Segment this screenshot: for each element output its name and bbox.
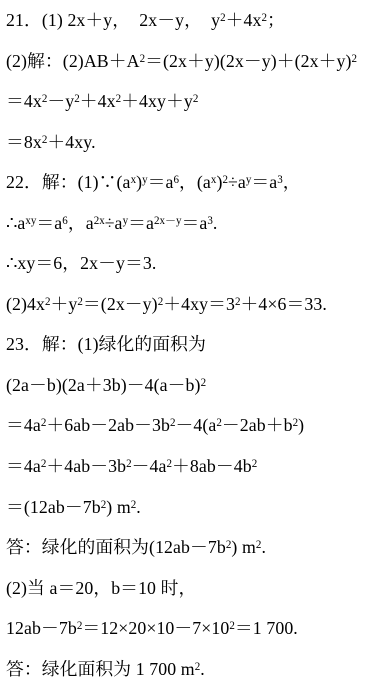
superscript: 2 bbox=[235, 296, 241, 308]
text-line: ＝4a2＋6ab－2ab－3b2－4(a2－2ab＋b2) bbox=[6, 405, 372, 446]
superscript: x bbox=[131, 174, 137, 186]
text-line: 12ab－7b2＝12×20×10－7×102＝1 700. bbox=[6, 608, 372, 649]
superscript: 2 bbox=[226, 539, 232, 551]
superscript: 2 bbox=[193, 93, 199, 105]
superscript: 2 bbox=[195, 661, 201, 673]
text-line: ∴axy＝a6，a2x÷ay＝a2x－y＝a3. bbox=[6, 203, 372, 244]
superscript: 2 bbox=[126, 458, 132, 470]
superscript: 6 bbox=[62, 215, 68, 227]
superscript: 3 bbox=[277, 174, 283, 186]
superscript: 2 bbox=[256, 539, 262, 551]
superscript: 2 bbox=[131, 499, 137, 511]
superscript: 2 bbox=[252, 458, 258, 470]
superscript: 2 bbox=[41, 418, 47, 430]
superscript: 2 bbox=[170, 418, 176, 430]
text-line: 21．(1) 2x＋y， 2x－y， y2＋4x2； bbox=[6, 0, 372, 41]
superscript: 2 bbox=[77, 620, 83, 632]
superscript: 2 bbox=[158, 296, 164, 308]
superscript: y bbox=[142, 174, 148, 186]
superscript: 2 bbox=[352, 53, 358, 65]
solution-text: 21．(1) 2x＋y， 2x－y， y2＋4x2；(2)解：(2)AB＋A2＝… bbox=[0, 0, 374, 689]
superscript: x bbox=[211, 174, 217, 186]
text-line: ＝4a2＋4ab－3b2－4a2＋8ab－4b2 bbox=[6, 446, 372, 487]
text-line: (2)解：(2)AB＋A2＝(2x＋y)(2x－y)＋(2x＋y)2 bbox=[6, 41, 372, 82]
superscript: 2x bbox=[94, 215, 105, 227]
superscript: 2 bbox=[42, 134, 48, 146]
text-line: ＝(12ab－7b2) m2. bbox=[6, 487, 372, 528]
superscript: 3 bbox=[207, 215, 213, 227]
superscript: 2 bbox=[45, 296, 51, 308]
superscript: 2 bbox=[167, 458, 173, 470]
superscript: y bbox=[123, 215, 129, 227]
superscript: 2 bbox=[77, 296, 83, 308]
superscript: 6 bbox=[174, 174, 180, 186]
text-line: ＝8x2＋4xy. bbox=[6, 122, 372, 163]
superscript: 2 bbox=[101, 499, 107, 511]
superscript: 2 bbox=[41, 458, 47, 470]
document-page: { "document": { "background_color": "#ff… bbox=[0, 0, 374, 690]
text-line: (2)4x2＋y2＝(2x－y)2＋4xy＝32＋4×6＝33. bbox=[6, 284, 372, 325]
text-line: 答：绿化面积为 1 700 m2. bbox=[6, 649, 372, 690]
superscript: xy bbox=[25, 215, 36, 227]
superscript: 2 bbox=[116, 93, 122, 105]
superscript: 2 bbox=[293, 418, 299, 430]
superscript: 2 bbox=[216, 418, 222, 430]
superscript: y bbox=[246, 174, 252, 186]
superscript: 2 bbox=[201, 377, 207, 389]
solution-lines: 21．(1) 2x＋y， 2x－y， y2＋4x2；(2)解：(2)AB＋A2＝… bbox=[6, 0, 372, 689]
superscript: 2 bbox=[220, 12, 226, 24]
superscript: 2 bbox=[261, 12, 267, 24]
text-line: (2a－b)(2a＋3b)－4(a－b)2 bbox=[6, 365, 372, 406]
superscript: 2 bbox=[140, 53, 146, 65]
superscript: 2 bbox=[74, 93, 80, 105]
superscript: 2 bbox=[222, 174, 228, 186]
superscript: 2 bbox=[42, 93, 48, 105]
text-line: 22．解：(1)∵(ax)y＝a6，(ax)2÷ay＝a3， bbox=[6, 162, 372, 203]
text-line: 答：绿化的面积为(12ab－7b2) m2. bbox=[6, 527, 372, 568]
text-line: ∴xy＝6，2x－y＝3. bbox=[6, 243, 372, 284]
superscript: 2x－y bbox=[154, 215, 182, 227]
text-line: 23．解：(1)绿化的面积为 bbox=[6, 324, 372, 365]
text-line: ＝4x2－y2＋4x2＋4xy＋y2 bbox=[6, 81, 372, 122]
text-line: (2)当 a＝20，b＝10 时， bbox=[6, 568, 372, 609]
superscript: 2 bbox=[229, 620, 235, 632]
